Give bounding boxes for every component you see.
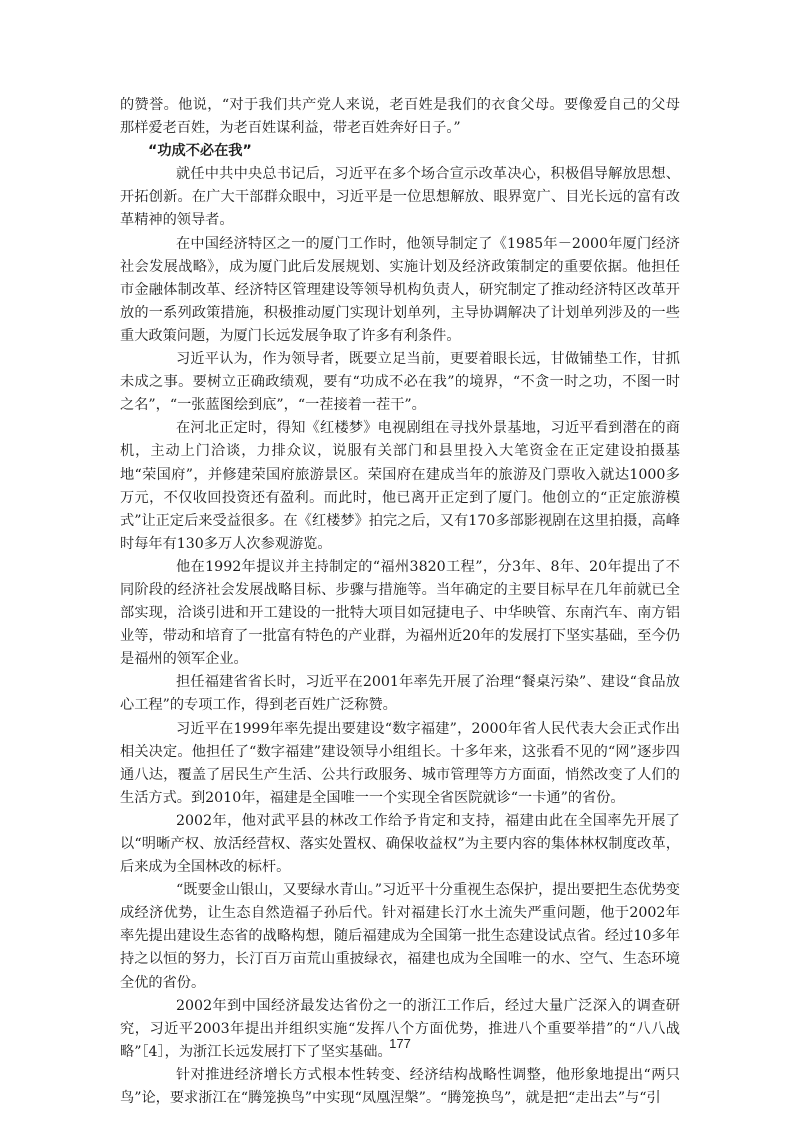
- paragraph-forest-reform: 2002年，他对武平县的林改工作给予肯定和支持，福建由此在全国率先开展了以“明晰…: [120, 810, 680, 879]
- paragraph-leadership-view: 习近平认为，作为领导者，既要立足当前，更要着眼长远，甘做铺垫工作，甘抓未成之事。…: [120, 348, 680, 417]
- page-number: 177: [0, 1036, 800, 1051]
- section-heading: “功成不必在我”: [120, 140, 680, 163]
- paragraph-ecology: “既要金山银山，又要绿水青山。”习近平十分重视生态保护，提出要把生态优势变成经济…: [120, 879, 680, 994]
- paragraph-xiamen: 在中国经济特区之一的厦门工作时，他领导制定了《1985年－2000年厦门经济社会…: [120, 233, 680, 348]
- paragraph-zhejiang: 2002年到中国经济最发达省份之一的浙江工作后，经过大量广泛深入的调查研究，习近…: [120, 995, 680, 1064]
- paragraph-zhengding: 在河北正定时，得知《红楼梦》电视剧组在寻找外景基地，习近平看到潜在的商机，主动上…: [120, 417, 680, 556]
- paragraph-reform-resolve: 就任中共中央总书记后，习近平在多个场合宣示改革决心，积极倡导解放思想、开拓创新。…: [120, 163, 680, 232]
- paragraph-digital-fujian: 习近平在1999年率先提出要建设“数字福建”，2000年省人民代表大会正式作出相…: [120, 718, 680, 810]
- paragraph-two-birds: 针对推进经济增长方式根本性转变、经济结构战略性调整，他形象地提出“两只鸟”论，要…: [120, 1064, 680, 1110]
- paragraph-food-safety: 担任福建省省长时，习近平在2001年率先开展了治理“餐桌污染”、建设“食品放心工…: [120, 671, 680, 717]
- document-page: 的赞誉。他说，“对于我们共产党人来说，老百姓是我们的衣食父母。要像爱自己的父母那…: [120, 94, 680, 1110]
- continuation-paragraph: 的赞誉。他说，“对于我们共产党人来说，老百姓是我们的衣食父母。要像爱自己的父母那…: [120, 94, 680, 140]
- paragraph-fuzhou-3820: 他在1992年提议并主持制定的“福州3820工程”，分3年、8年、20年提出了不…: [120, 556, 680, 671]
